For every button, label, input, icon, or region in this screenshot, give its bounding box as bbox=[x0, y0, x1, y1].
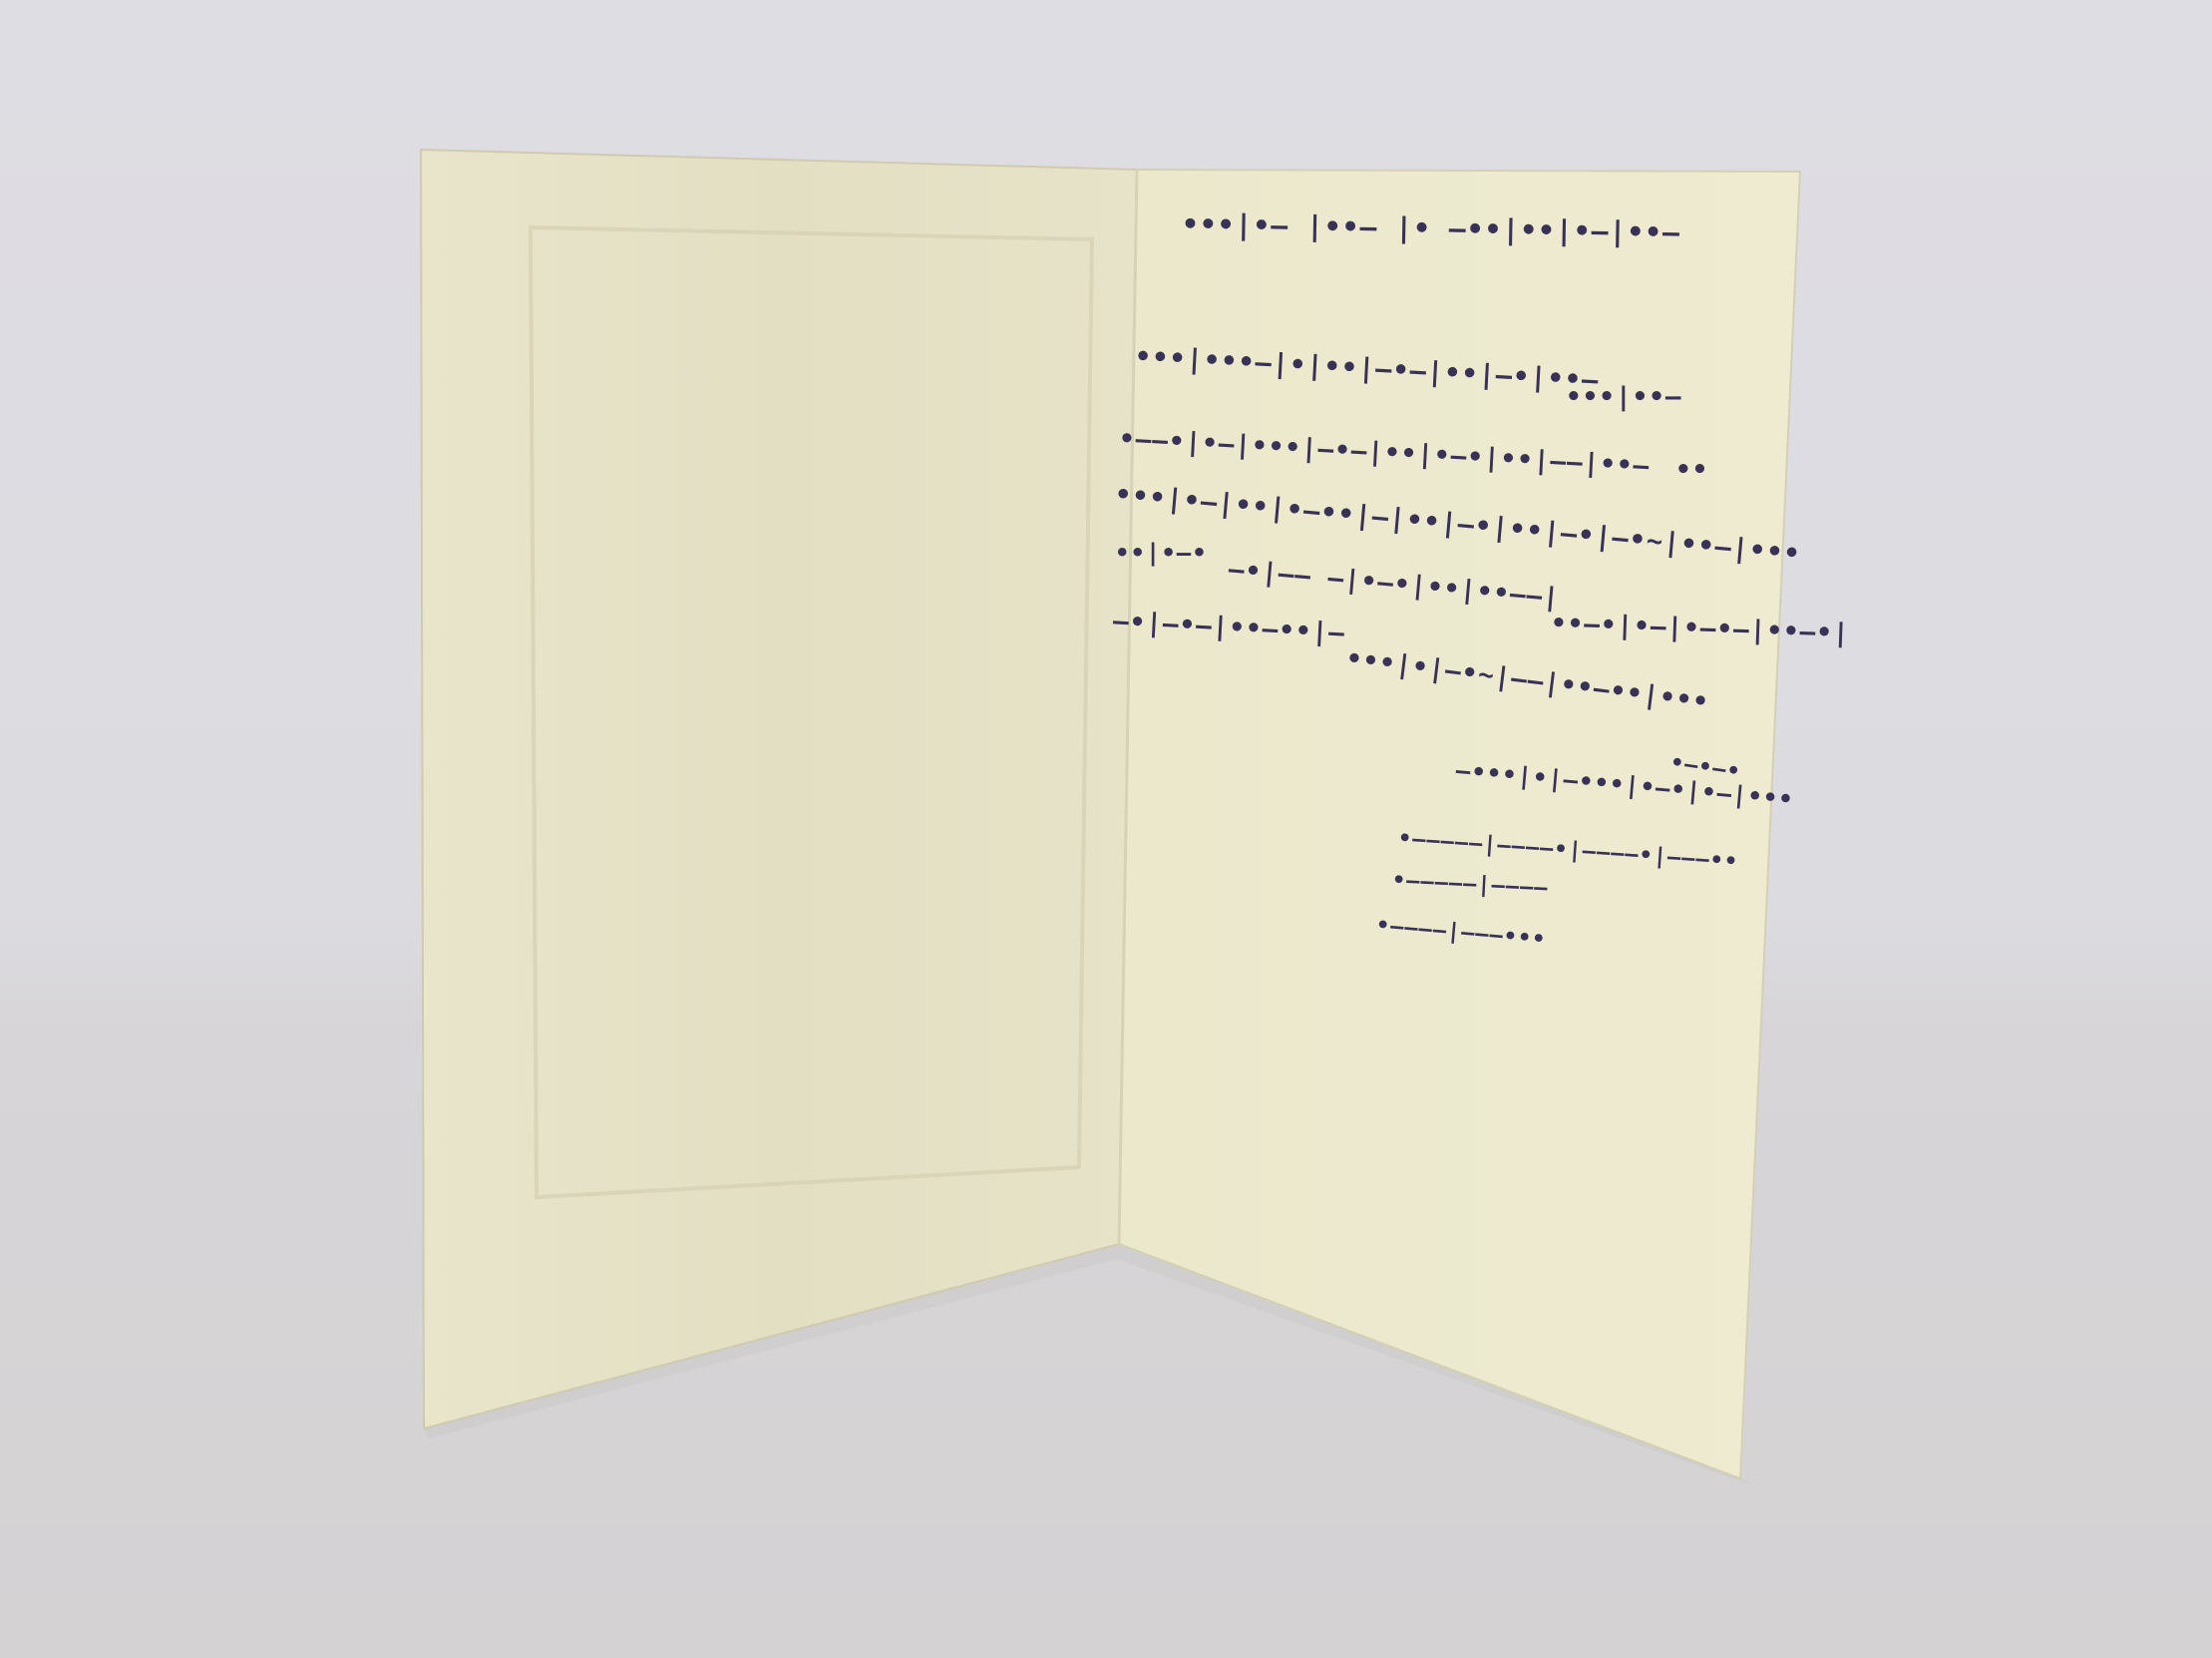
handwriting-line-3: •••|••– bbox=[1566, 382, 1682, 412]
card-illustration bbox=[0, 0, 2212, 1658]
handwriting-line-5: •• bbox=[1675, 455, 1708, 485]
card-left-page bbox=[421, 150, 1137, 1429]
photo-scene: •••|•– |••– |• –••|••|•–|••– •••|•••–|•|… bbox=[0, 0, 2212, 1658]
handwriting-line-7: ••|•–• bbox=[1115, 539, 1208, 567]
